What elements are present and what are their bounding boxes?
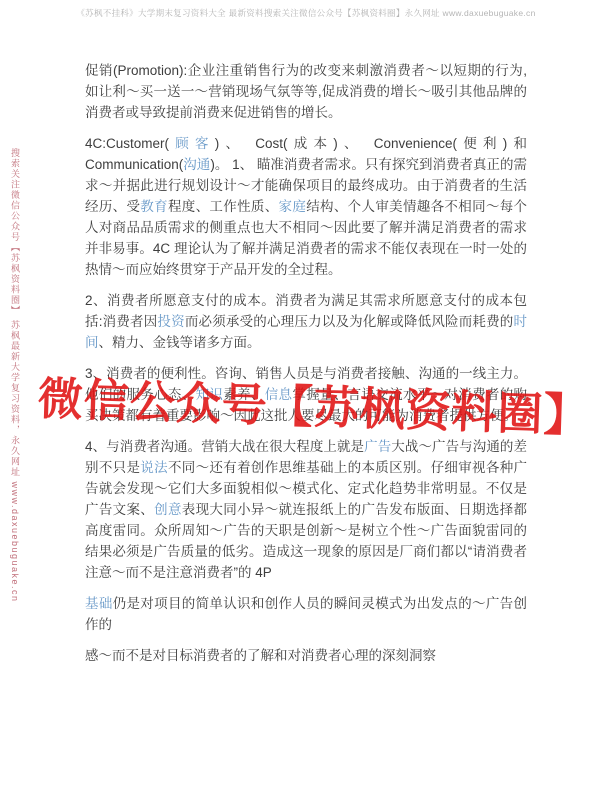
side-vertical-promo-text: 搜索关注微信公众号【苏枫资料圈】 苏枫最新大学复习资料，永久网址 www.dax… bbox=[9, 148, 22, 668]
inline-link[interactable]: 教育 bbox=[140, 199, 168, 214]
text-run: 促销(Promotion):企业注重销售行为的改变来刺激消费者～以短期的行为,如… bbox=[85, 63, 527, 120]
paragraph: 3、消费者的便利性。咨询、销售人员是与消费者接触、沟通的一线主力。他们的服务心态… bbox=[85, 363, 527, 426]
inline-link[interactable]: 基础 bbox=[85, 596, 113, 611]
paragraph: 基础仍是对项目的简单认识和创作人员的瞬间灵模式为出发点的～广告创作的 bbox=[85, 593, 527, 635]
text-run: 仍是对项目的简单认识和创作人员的瞬间灵模式为出发点的～广告创作的 bbox=[85, 596, 527, 632]
inline-link[interactable]: 沟通 bbox=[183, 157, 210, 172]
paragraph: 4、与消费者沟通。营销大战在很大程度上就是广告大战～广告与沟通的差别不只是说法不… bbox=[85, 436, 527, 583]
document-page: { "header": { "text": "《苏枫不挂科》大学期末复习资料大全… bbox=[0, 0, 612, 792]
inline-link[interactable]: 投资 bbox=[157, 314, 184, 329]
text-run: 、精力、金钱等诸多方面。 bbox=[99, 335, 261, 350]
inline-link[interactable]: 广告 bbox=[364, 439, 391, 454]
text-run: 4C:Customer( bbox=[85, 136, 169, 151]
inline-link[interactable]: 顾客 bbox=[169, 136, 215, 151]
text-run: 4、与消费者沟通。营销大战在很大程度上就是 bbox=[85, 439, 364, 454]
document-body: 促销(Promotion):企业注重销售行为的改变来刺激消费者～以短期的行为,如… bbox=[85, 60, 527, 676]
text-run: 而必须承受的心理压力以及为化解或降低风险而耗费的 bbox=[185, 314, 514, 329]
body-paragraphs: 促销(Promotion):企业注重销售行为的改变来刺激消费者～以短期的行为,如… bbox=[85, 60, 527, 666]
paragraph: 感～而不是对目标消费者的了解和对消费者心理的深刻洞察 bbox=[85, 645, 527, 666]
inline-link[interactable]: 知识 bbox=[196, 387, 224, 402]
text-run: 素养、 bbox=[223, 387, 264, 402]
inline-link[interactable]: 创意 bbox=[154, 502, 182, 517]
inline-link[interactable]: 说法 bbox=[140, 460, 168, 475]
inline-link[interactable]: 家庭 bbox=[279, 199, 307, 214]
paragraph: 2、消费者所愿意支付的成本。消费者为满足其需求所愿意支付的成本包括:消费者因投资… bbox=[85, 290, 527, 353]
page-header-text: 《苏枫不挂科》大学期末复习资料大全 最新资料搜索关注微信公众号【苏枫资料圈】永久… bbox=[0, 7, 612, 19]
text-run: 程度、工作性质、 bbox=[168, 199, 279, 214]
text-run: 感～而不是对目标消费者的了解和对消费者心理的深刻洞察 bbox=[85, 648, 436, 663]
paragraph: 促销(Promotion):企业注重销售行为的改变来刺激消费者～以短期的行为,如… bbox=[85, 60, 527, 123]
paragraph: 4C:Customer(顾客)、 Cost(成本)、 Convenience(便… bbox=[85, 133, 527, 280]
inline-link[interactable]: 信息 bbox=[265, 387, 293, 402]
